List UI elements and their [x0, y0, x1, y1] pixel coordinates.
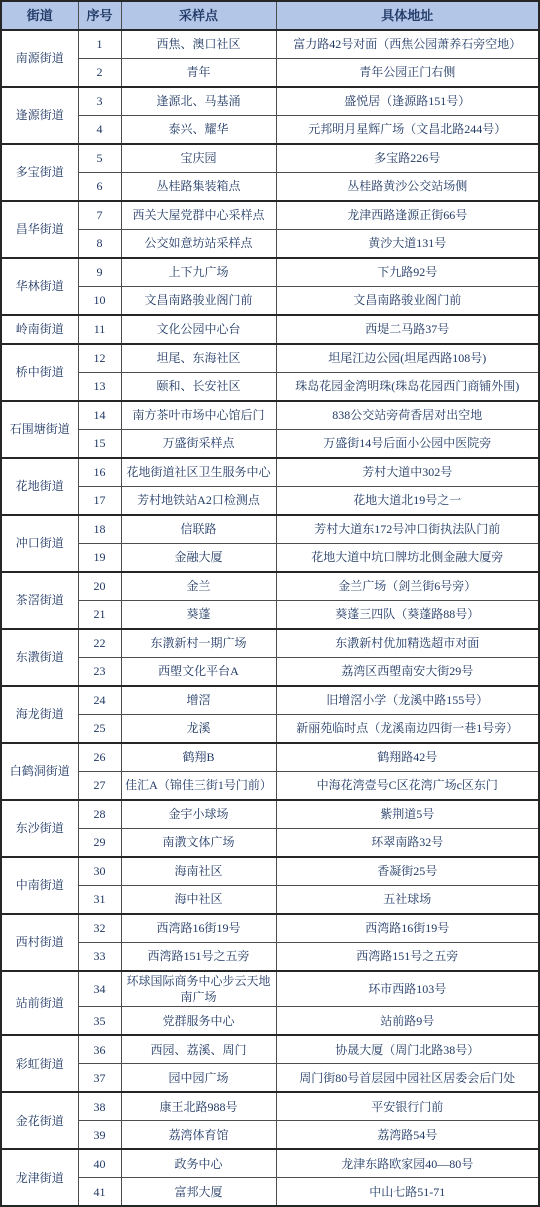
- site-cell: 金兰: [121, 572, 276, 601]
- row-number-cell: 36: [78, 1035, 121, 1064]
- address-cell: 鹤翔路42号: [276, 743, 539, 772]
- site-cell: 康王北路988号: [121, 1092, 276, 1121]
- address-cell: 中山七路51-71: [276, 1178, 539, 1207]
- row-number-cell: 39: [78, 1121, 121, 1150]
- address-cell: 新丽苑临时点（龙溪南边四街一巷1号旁）: [276, 715, 539, 744]
- site-cell: 花地街道社区卫生服务中心: [121, 458, 276, 487]
- street-cell: 花地街道: [1, 458, 78, 515]
- site-cell: 宝庆园: [121, 144, 276, 173]
- site-cell: 政务中心: [121, 1149, 276, 1178]
- table-row: 23西塱文化平台A荔湾区西塱南安大街29号: [1, 658, 539, 687]
- street-cell: 东沙街道: [1, 800, 78, 857]
- site-cell: 荔湾体育馆: [121, 1121, 276, 1150]
- table-row: 31海中社区五社球场: [1, 886, 539, 915]
- site-cell: 增滘: [121, 686, 276, 715]
- table-row: 南源街道1西焦、澳口社区富力路42号对面（西焦公园萧养石旁空地）: [1, 30, 539, 59]
- site-cell: 南漖文体广场: [121, 829, 276, 858]
- site-cell: 文昌南路骏业阁门前: [121, 287, 276, 316]
- row-number-cell: 15: [78, 430, 121, 459]
- row-number-cell: 9: [78, 258, 121, 287]
- address-cell: 多宝路226号: [276, 144, 539, 173]
- address-cell: 青年公园正门右侧: [276, 59, 539, 88]
- sampling-points-table: 街道 序号 采样点 具体地址 南源街道1西焦、澳口社区富力路42号对面（西焦公园…: [0, 0, 540, 1207]
- row-number-cell: 28: [78, 800, 121, 829]
- table-row: 29南漖文体广场环翠南路32号: [1, 829, 539, 858]
- address-cell: 盛悦居（逢源路151号）: [276, 87, 539, 116]
- row-number-cell: 37: [78, 1064, 121, 1093]
- street-cell: 彩虹街道: [1, 1035, 78, 1092]
- address-cell: 荔湾区西塱南安大街29号: [276, 658, 539, 687]
- header-street: 街道: [1, 1, 78, 30]
- table-row: 东漖街道22东漖新村一期广场东漖新村优加精选超市对面: [1, 629, 539, 658]
- address-cell: 坦尾江边公园(坦尾西路108号): [276, 344, 539, 373]
- row-number-cell: 7: [78, 201, 121, 230]
- row-number-cell: 4: [78, 116, 121, 145]
- table-row: 6丛桂路集装箱点丛桂路黄沙公交站场侧: [1, 173, 539, 202]
- address-cell: 珠岛花园金湾明珠(珠岛花园西门商铺外围): [276, 373, 539, 402]
- table-row: 石围塘街道14南方茶叶市场中心馆后门838公交站旁荷香居对出空地: [1, 401, 539, 430]
- site-cell: 富邦大厦: [121, 1178, 276, 1207]
- site-cell: 海中社区: [121, 886, 276, 915]
- address-cell: 下九路92号: [276, 258, 539, 287]
- table-row: 昌华街道7西关大屋党群中心采样点龙津西路逢源正街66号: [1, 201, 539, 230]
- table-row: 8公交如意坊站采样点黄沙大道131号: [1, 230, 539, 259]
- table-row: 37园中园广场周门街80号首层园中园社区居委会后门处: [1, 1064, 539, 1093]
- address-cell: 花地大道中坑口牌坊北侧金融大厦旁: [276, 544, 539, 573]
- table-row: 41富邦大厦中山七路51-71: [1, 1178, 539, 1207]
- address-cell: 香凝街25号: [276, 857, 539, 886]
- table-row: 花地街道16花地街道社区卫生服务中心芳村大道中302号: [1, 458, 539, 487]
- site-cell: 金融大厦: [121, 544, 276, 573]
- site-cell: 青年: [121, 59, 276, 88]
- site-cell: 党群服务中心: [121, 1007, 276, 1036]
- street-cell: 多宝街道: [1, 144, 78, 201]
- row-number-cell: 32: [78, 914, 121, 943]
- address-cell: 荔湾路54号: [276, 1121, 539, 1150]
- row-number-cell: 27: [78, 772, 121, 801]
- address-cell: 龙津西路逢源正街66号: [276, 201, 539, 230]
- street-cell: 白鹤洞街道: [1, 743, 78, 800]
- row-number-cell: 29: [78, 829, 121, 858]
- site-cell: 万盛街采样点: [121, 430, 276, 459]
- site-cell: 龙溪: [121, 715, 276, 744]
- address-cell: 龙津东路欧家园40—80号: [276, 1149, 539, 1178]
- address-cell: 环市西路103号: [276, 971, 539, 1007]
- header-address: 具体地址: [276, 1, 539, 30]
- site-cell: 佳汇A（锦佳三街1号门前）: [121, 772, 276, 801]
- street-cell: 华林街道: [1, 258, 78, 315]
- table-row: 中南街道30海南社区香凝街25号: [1, 857, 539, 886]
- site-cell: 丛桂路集装箱点: [121, 173, 276, 202]
- row-number-cell: 40: [78, 1149, 121, 1178]
- site-cell: 西湾路151号之五旁: [121, 943, 276, 972]
- site-cell: 南方茶叶市场中心馆后门: [121, 401, 276, 430]
- site-cell: 鹤翔B: [121, 743, 276, 772]
- table-row: 4泰兴、耀华元邦明月星辉广场（文昌北路244号）: [1, 116, 539, 145]
- street-cell: 岭南街道: [1, 315, 78, 344]
- table-row: 西村街道32西湾路16街19号西湾路16街19号: [1, 914, 539, 943]
- address-cell: 西湾路151号之五旁: [276, 943, 539, 972]
- row-number-cell: 3: [78, 87, 121, 116]
- site-cell: 上下九广场: [121, 258, 276, 287]
- table-row: 10文昌南路骏业阁门前文昌南路骏业阁门前: [1, 287, 539, 316]
- street-cell: 昌华街道: [1, 201, 78, 258]
- address-cell: 838公交站旁荷香居对出空地: [276, 401, 539, 430]
- table-row: 25龙溪新丽苑临时点（龙溪南边四街一巷1号旁）: [1, 715, 539, 744]
- site-cell: 颐和、长安社区: [121, 373, 276, 402]
- row-number-cell: 26: [78, 743, 121, 772]
- address-cell: 元邦明月星辉广场（文昌北路244号）: [276, 116, 539, 145]
- site-cell: 公交如意坊站采样点: [121, 230, 276, 259]
- header-row: 街道 序号 采样点 具体地址: [1, 1, 539, 30]
- address-cell: 丛桂路黄沙公交站场侧: [276, 173, 539, 202]
- site-cell: 西焦、澳口社区: [121, 30, 276, 59]
- address-cell: 西堤二马路37号: [276, 315, 539, 344]
- table-row: 桥中街道12坦尾、东海社区坦尾江边公园(坦尾西路108号): [1, 344, 539, 373]
- address-cell: 站前路9号: [276, 1007, 539, 1036]
- table-row: 冲口街道18信联路芳村大道东172号冲口街执法队门前: [1, 515, 539, 544]
- street-cell: 石围塘街道: [1, 401, 78, 458]
- table-row: 彩虹街道36西园、荔溪、周门协晟大厦（周门北路38号）: [1, 1035, 539, 1064]
- street-cell: 龙津街道: [1, 1149, 78, 1206]
- site-cell: 环球国际商务中心步云天地南广场: [121, 971, 276, 1007]
- street-cell: 站前街道: [1, 971, 78, 1035]
- row-number-cell: 31: [78, 886, 121, 915]
- row-number-cell: 17: [78, 487, 121, 516]
- row-number-cell: 12: [78, 344, 121, 373]
- row-number-cell: 11: [78, 315, 121, 344]
- table-row: 逢源街道3逢源北、马基涌盛悦居（逢源路151号）: [1, 87, 539, 116]
- table-row: 13颐和、长安社区珠岛花园金湾明珠(珠岛花园西门商铺外围): [1, 373, 539, 402]
- table-row: 站前街道34环球国际商务中心步云天地南广场环市西路103号: [1, 971, 539, 1007]
- address-cell: 芳村大道东172号冲口街执法队门前: [276, 515, 539, 544]
- street-cell: 中南街道: [1, 857, 78, 914]
- row-number-cell: 41: [78, 1178, 121, 1207]
- site-cell: 园中园广场: [121, 1064, 276, 1093]
- table-row: 21葵蓬葵蓬三四队（葵蓬路88号）: [1, 601, 539, 630]
- site-cell: 逢源北、马基涌: [121, 87, 276, 116]
- row-number-cell: 6: [78, 173, 121, 202]
- row-number-cell: 25: [78, 715, 121, 744]
- site-cell: 西塱文化平台A: [121, 658, 276, 687]
- address-cell: 西湾路16街19号: [276, 914, 539, 943]
- table-row: 19金融大厦花地大道中坑口牌坊北侧金融大厦旁: [1, 544, 539, 573]
- row-number-cell: 22: [78, 629, 121, 658]
- table-row: 35党群服务中心站前路9号: [1, 1007, 539, 1036]
- row-number-cell: 18: [78, 515, 121, 544]
- table-row: 海龙街道24增滘旧增滘小学（龙溪中路155号）: [1, 686, 539, 715]
- address-cell: 文昌南路骏业阁门前: [276, 287, 539, 316]
- address-cell: 中海花湾壹号C区花湾广场c区东门: [276, 772, 539, 801]
- street-cell: 西村街道: [1, 914, 78, 971]
- row-number-cell: 21: [78, 601, 121, 630]
- site-cell: 海南社区: [121, 857, 276, 886]
- address-cell: 葵蓬三四队（葵蓬路88号）: [276, 601, 539, 630]
- table-row: 华林街道9上下九广场下九路92号: [1, 258, 539, 287]
- address-cell: 平安银行门前: [276, 1092, 539, 1121]
- address-cell: 紫荆道5号: [276, 800, 539, 829]
- row-number-cell: 10: [78, 287, 121, 316]
- row-number-cell: 30: [78, 857, 121, 886]
- address-cell: 旧增滘小学（龙溪中路155号）: [276, 686, 539, 715]
- table-row: 15万盛街采样点万盛街14号后面小公园中医院旁: [1, 430, 539, 459]
- table-row: 多宝街道5宝庆园多宝路226号: [1, 144, 539, 173]
- site-cell: 泰兴、耀华: [121, 116, 276, 145]
- street-cell: 东漖街道: [1, 629, 78, 686]
- table-row: 17芳村地铁站A2口检测点花地大道北19号之一: [1, 487, 539, 516]
- site-cell: 西关大屋党群中心采样点: [121, 201, 276, 230]
- row-number-cell: 35: [78, 1007, 121, 1036]
- row-number-cell: 23: [78, 658, 121, 687]
- site-cell: 文化公园中心台: [121, 315, 276, 344]
- site-cell: 芳村地铁站A2口检测点: [121, 487, 276, 516]
- row-number-cell: 8: [78, 230, 121, 259]
- row-number-cell: 14: [78, 401, 121, 430]
- address-cell: 富力路42号对面（西焦公园萧养石旁空地）: [276, 30, 539, 59]
- address-cell: 芳村大道中302号: [276, 458, 539, 487]
- row-number-cell: 13: [78, 373, 121, 402]
- row-number-cell: 2: [78, 59, 121, 88]
- address-cell: 花地大道北19号之一: [276, 487, 539, 516]
- address-cell: 环翠南路32号: [276, 829, 539, 858]
- street-cell: 冲口街道: [1, 515, 78, 572]
- table-row: 龙津街道40政务中心龙津东路欧家园40—80号: [1, 1149, 539, 1178]
- row-number-cell: 5: [78, 144, 121, 173]
- address-cell: 黄沙大道131号: [276, 230, 539, 259]
- header-no: 序号: [78, 1, 121, 30]
- site-cell: 西湾路16街19号: [121, 914, 276, 943]
- street-cell: 南源街道: [1, 30, 78, 87]
- row-number-cell: 33: [78, 943, 121, 972]
- row-number-cell: 34: [78, 971, 121, 1007]
- table-row: 2青年青年公园正门右侧: [1, 59, 539, 88]
- street-cell: 逢源街道: [1, 87, 78, 144]
- table-row: 金花街道38康王北路988号平安银行门前: [1, 1092, 539, 1121]
- site-cell: 信联路: [121, 515, 276, 544]
- row-number-cell: 20: [78, 572, 121, 601]
- address-cell: 周门街80号首层园中园社区居委会后门处: [276, 1064, 539, 1093]
- row-number-cell: 38: [78, 1092, 121, 1121]
- street-cell: 金花街道: [1, 1092, 78, 1149]
- site-cell: 坦尾、东海社区: [121, 344, 276, 373]
- site-cell: 葵蓬: [121, 601, 276, 630]
- row-number-cell: 19: [78, 544, 121, 573]
- site-cell: 西园、荔溪、周门: [121, 1035, 276, 1064]
- table-row: 33西湾路151号之五旁西湾路151号之五旁: [1, 943, 539, 972]
- site-cell: 金宇小球场: [121, 800, 276, 829]
- table-row: 岭南街道11文化公园中心台西堤二马路37号: [1, 315, 539, 344]
- table-row: 27佳汇A（锦佳三街1号门前）中海花湾壹号C区花湾广场c区东门: [1, 772, 539, 801]
- header-site: 采样点: [121, 1, 276, 30]
- table-row: 白鹤洞街道26鹤翔B鹤翔路42号: [1, 743, 539, 772]
- row-number-cell: 24: [78, 686, 121, 715]
- address-cell: 万盛街14号后面小公园中医院旁: [276, 430, 539, 459]
- site-cell: 东漖新村一期广场: [121, 629, 276, 658]
- table-row: 39荔湾体育馆荔湾路54号: [1, 1121, 539, 1150]
- table-row: 茶滘街道20金兰金兰广场（剑兰街6号旁）: [1, 572, 539, 601]
- address-cell: 东漖新村优加精选超市对面: [276, 629, 539, 658]
- street-cell: 桥中街道: [1, 344, 78, 401]
- row-number-cell: 16: [78, 458, 121, 487]
- address-cell: 五社球场: [276, 886, 539, 915]
- address-cell: 协晟大厦（周门北路38号）: [276, 1035, 539, 1064]
- table-row: 东沙街道28金宇小球场紫荆道5号: [1, 800, 539, 829]
- row-number-cell: 1: [78, 30, 121, 59]
- address-cell: 金兰广场（剑兰街6号旁）: [276, 572, 539, 601]
- street-cell: 海龙街道: [1, 686, 78, 743]
- street-cell: 茶滘街道: [1, 572, 78, 629]
